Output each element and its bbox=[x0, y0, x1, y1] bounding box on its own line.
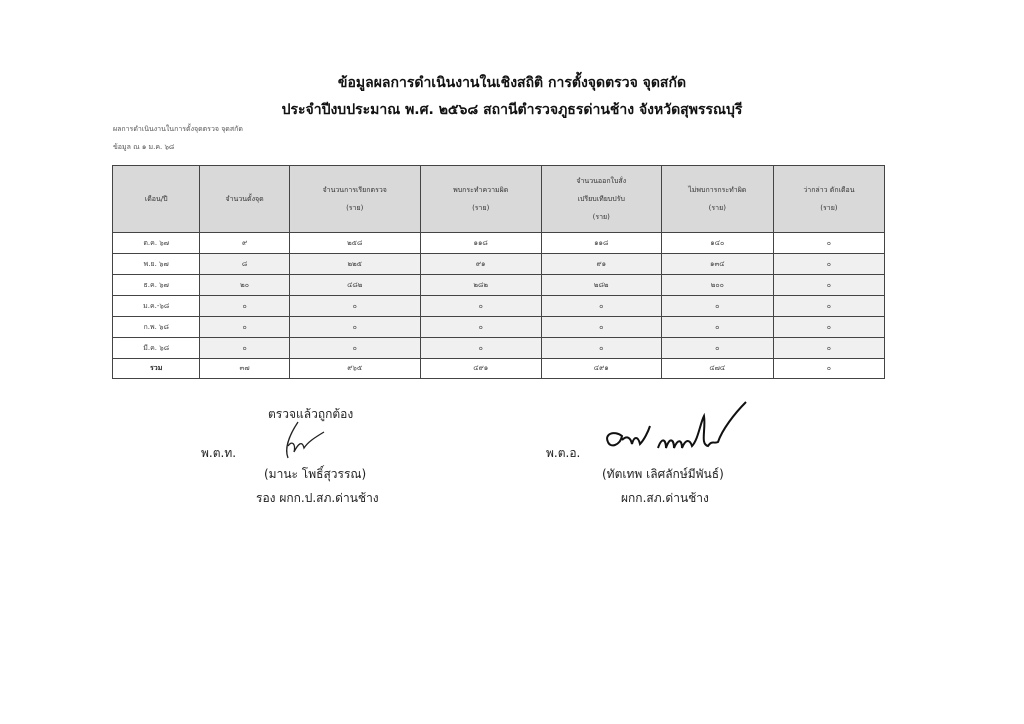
month-cell: ธ.ค. ๖๗ bbox=[113, 275, 200, 296]
value-cell: ๑๔๐ bbox=[661, 233, 773, 254]
column-header-text: ไม่พบการกระทำผิด bbox=[662, 185, 773, 195]
value-cell: ๐ bbox=[773, 317, 884, 338]
column-header-text: เดือน/ปี bbox=[113, 194, 199, 204]
table-row: ธ.ค. ๖๗๒๐๔๘๒๒๘๒๒๘๒๒๐๐๐ bbox=[113, 275, 885, 296]
value-cell: ๐ bbox=[420, 317, 541, 338]
total-value-cell: ๔๙๑ bbox=[420, 359, 541, 379]
left-signature-image bbox=[278, 418, 328, 460]
right-signature-image bbox=[600, 400, 750, 460]
value-cell: ๐ bbox=[773, 338, 884, 359]
month-cell: ม.ค.-๖๘ bbox=[113, 296, 200, 317]
column-header-text: (ราย) bbox=[542, 212, 661, 222]
total-value-cell: ๓๗ bbox=[200, 359, 289, 379]
value-cell: ๐ bbox=[541, 317, 661, 338]
value-cell: ๙๑ bbox=[420, 254, 541, 275]
column-header-text: ว่ากล่าว ตักเตือน bbox=[774, 185, 884, 195]
column-header: จำนวนออกใบสั่งเปรียบเทียบปรับ(ราย) bbox=[541, 166, 661, 233]
value-cell: ๐ bbox=[773, 275, 884, 296]
value-cell: ๒๘๒ bbox=[420, 275, 541, 296]
column-header-text: จำนวนออกใบสั่ง bbox=[542, 176, 661, 186]
value-cell: ๙ bbox=[200, 233, 289, 254]
column-header-text: จำนวนการเรียกตรวจ bbox=[290, 185, 420, 195]
value-cell: ๐ bbox=[773, 296, 884, 317]
value-cell: ๒๐ bbox=[200, 275, 289, 296]
total-value-cell: ๙๖๕ bbox=[289, 359, 420, 379]
value-cell: ๐ bbox=[420, 338, 541, 359]
value-cell: ๒๐๐ bbox=[661, 275, 773, 296]
total-value-cell: ๔๙๑ bbox=[541, 359, 661, 379]
document-subtitle-fiscal-year: ประจำปีงบประมาณ พ.ศ. ๒๕๖๘ สถานีตำรวจภูธร… bbox=[0, 99, 1024, 121]
value-cell: ๐ bbox=[289, 296, 420, 317]
table-header-row: เดือน/ปีจำนวนตั้งจุดจำนวนการเรียกตรวจ(รา… bbox=[113, 166, 885, 233]
value-cell: ๑๑๘ bbox=[541, 233, 661, 254]
document-title: ข้อมูลผลการดำเนินงานในเชิงสถิติ การตั้งจ… bbox=[0, 72, 1024, 94]
value-cell: ๒๒๕ bbox=[289, 254, 420, 275]
month-cell: มี.ค. ๖๘ bbox=[113, 338, 200, 359]
value-cell: ๐ bbox=[200, 338, 289, 359]
data-as-of-date: ข้อมูล ณ ๑ ม.ค. ๖๘ bbox=[113, 142, 174, 153]
column-header-text: (ราย) bbox=[290, 203, 420, 213]
value-cell: ๐ bbox=[289, 338, 420, 359]
column-header-text: เปรียบเทียบปรับ bbox=[542, 194, 661, 204]
month-cell: ต.ค. ๖๗ bbox=[113, 233, 200, 254]
total-value-cell: ๔๗๔ bbox=[661, 359, 773, 379]
value-cell: ๐ bbox=[200, 317, 289, 338]
column-header-text: (ราย) bbox=[774, 203, 884, 213]
column-header: จำนวนตั้งจุด bbox=[200, 166, 289, 233]
right-signer-position: ผกก.สภ.ด่านช้าง bbox=[621, 489, 709, 508]
column-header-text: (ราย) bbox=[421, 203, 541, 213]
month-cell: ก.พ. ๖๘ bbox=[113, 317, 200, 338]
total-value-cell: ๐ bbox=[773, 359, 884, 379]
table-row: ก.พ. ๖๘๐๐๐๐๐๐ bbox=[113, 317, 885, 338]
column-header: ไม่พบการกระทำผิด(ราย) bbox=[661, 166, 773, 233]
column-header-text: จำนวนตั้งจุด bbox=[200, 194, 288, 204]
value-cell: ๙๑ bbox=[541, 254, 661, 275]
value-cell: ๐ bbox=[661, 296, 773, 317]
column-header-text: พบกระทำความผิด bbox=[421, 185, 541, 195]
total-label: รวม bbox=[113, 359, 200, 379]
total-row: รวม๓๗๙๖๕๔๙๑๔๙๑๔๗๔๐ bbox=[113, 359, 885, 379]
right-signer-name: (ทัตเทพ เลิศลักษ์มีพันธ์) bbox=[602, 465, 724, 484]
table-row: มี.ค. ๖๘๐๐๐๐๐๐ bbox=[113, 338, 885, 359]
value-cell: ๐ bbox=[773, 254, 884, 275]
right-signer-rank: พ.ต.อ. bbox=[546, 444, 580, 463]
value-cell: ๐ bbox=[289, 317, 420, 338]
table-row: ม.ค.-๖๘๐๐๐๐๐๐ bbox=[113, 296, 885, 317]
value-cell: ๔๘๒ bbox=[289, 275, 420, 296]
value-cell: ๑๑๘ bbox=[420, 233, 541, 254]
value-cell: ๐ bbox=[773, 233, 884, 254]
column-header: จำนวนการเรียกตรวจ(ราย) bbox=[289, 166, 420, 233]
section-label: ผลการดำเนินงานในการตั้งจุดตรวจ จุดสกัด bbox=[113, 124, 243, 135]
table-row: ต.ค. ๖๗๙๒๕๘๑๑๘๑๑๘๑๔๐๐ bbox=[113, 233, 885, 254]
table-row: พ.ย. ๖๗๘๒๒๕๙๑๙๑๑๓๔๐ bbox=[113, 254, 885, 275]
left-signer-position: รอง ผกก.ป.สภ.ด่านช้าง bbox=[256, 489, 379, 508]
value-cell: ๑๓๔ bbox=[661, 254, 773, 275]
value-cell: ๐ bbox=[661, 338, 773, 359]
left-signer-name: (มานะ โพธิ์สุวรรณ) bbox=[264, 465, 366, 484]
statistics-table: เดือน/ปีจำนวนตั้งจุดจำนวนการเรียกตรวจ(รา… bbox=[112, 165, 885, 379]
value-cell: ๒๘๒ bbox=[541, 275, 661, 296]
column-header: เดือน/ปี bbox=[113, 166, 200, 233]
value-cell: ๐ bbox=[541, 338, 661, 359]
value-cell: ๐ bbox=[420, 296, 541, 317]
left-signer-rank: พ.ต.ท. bbox=[201, 444, 236, 463]
value-cell: ๐ bbox=[541, 296, 661, 317]
column-header: พบกระทำความผิด(ราย) bbox=[420, 166, 541, 233]
column-header-text: (ราย) bbox=[662, 203, 773, 213]
value-cell: ๐ bbox=[661, 317, 773, 338]
table-body: ต.ค. ๖๗๙๒๕๘๑๑๘๑๑๘๑๔๐๐พ.ย. ๖๗๘๒๒๕๙๑๙๑๑๓๔๐… bbox=[113, 233, 885, 379]
value-cell: ๐ bbox=[200, 296, 289, 317]
month-cell: พ.ย. ๖๗ bbox=[113, 254, 200, 275]
column-header: ว่ากล่าว ตักเตือน(ราย) bbox=[773, 166, 884, 233]
value-cell: ๒๕๘ bbox=[289, 233, 420, 254]
value-cell: ๘ bbox=[200, 254, 289, 275]
